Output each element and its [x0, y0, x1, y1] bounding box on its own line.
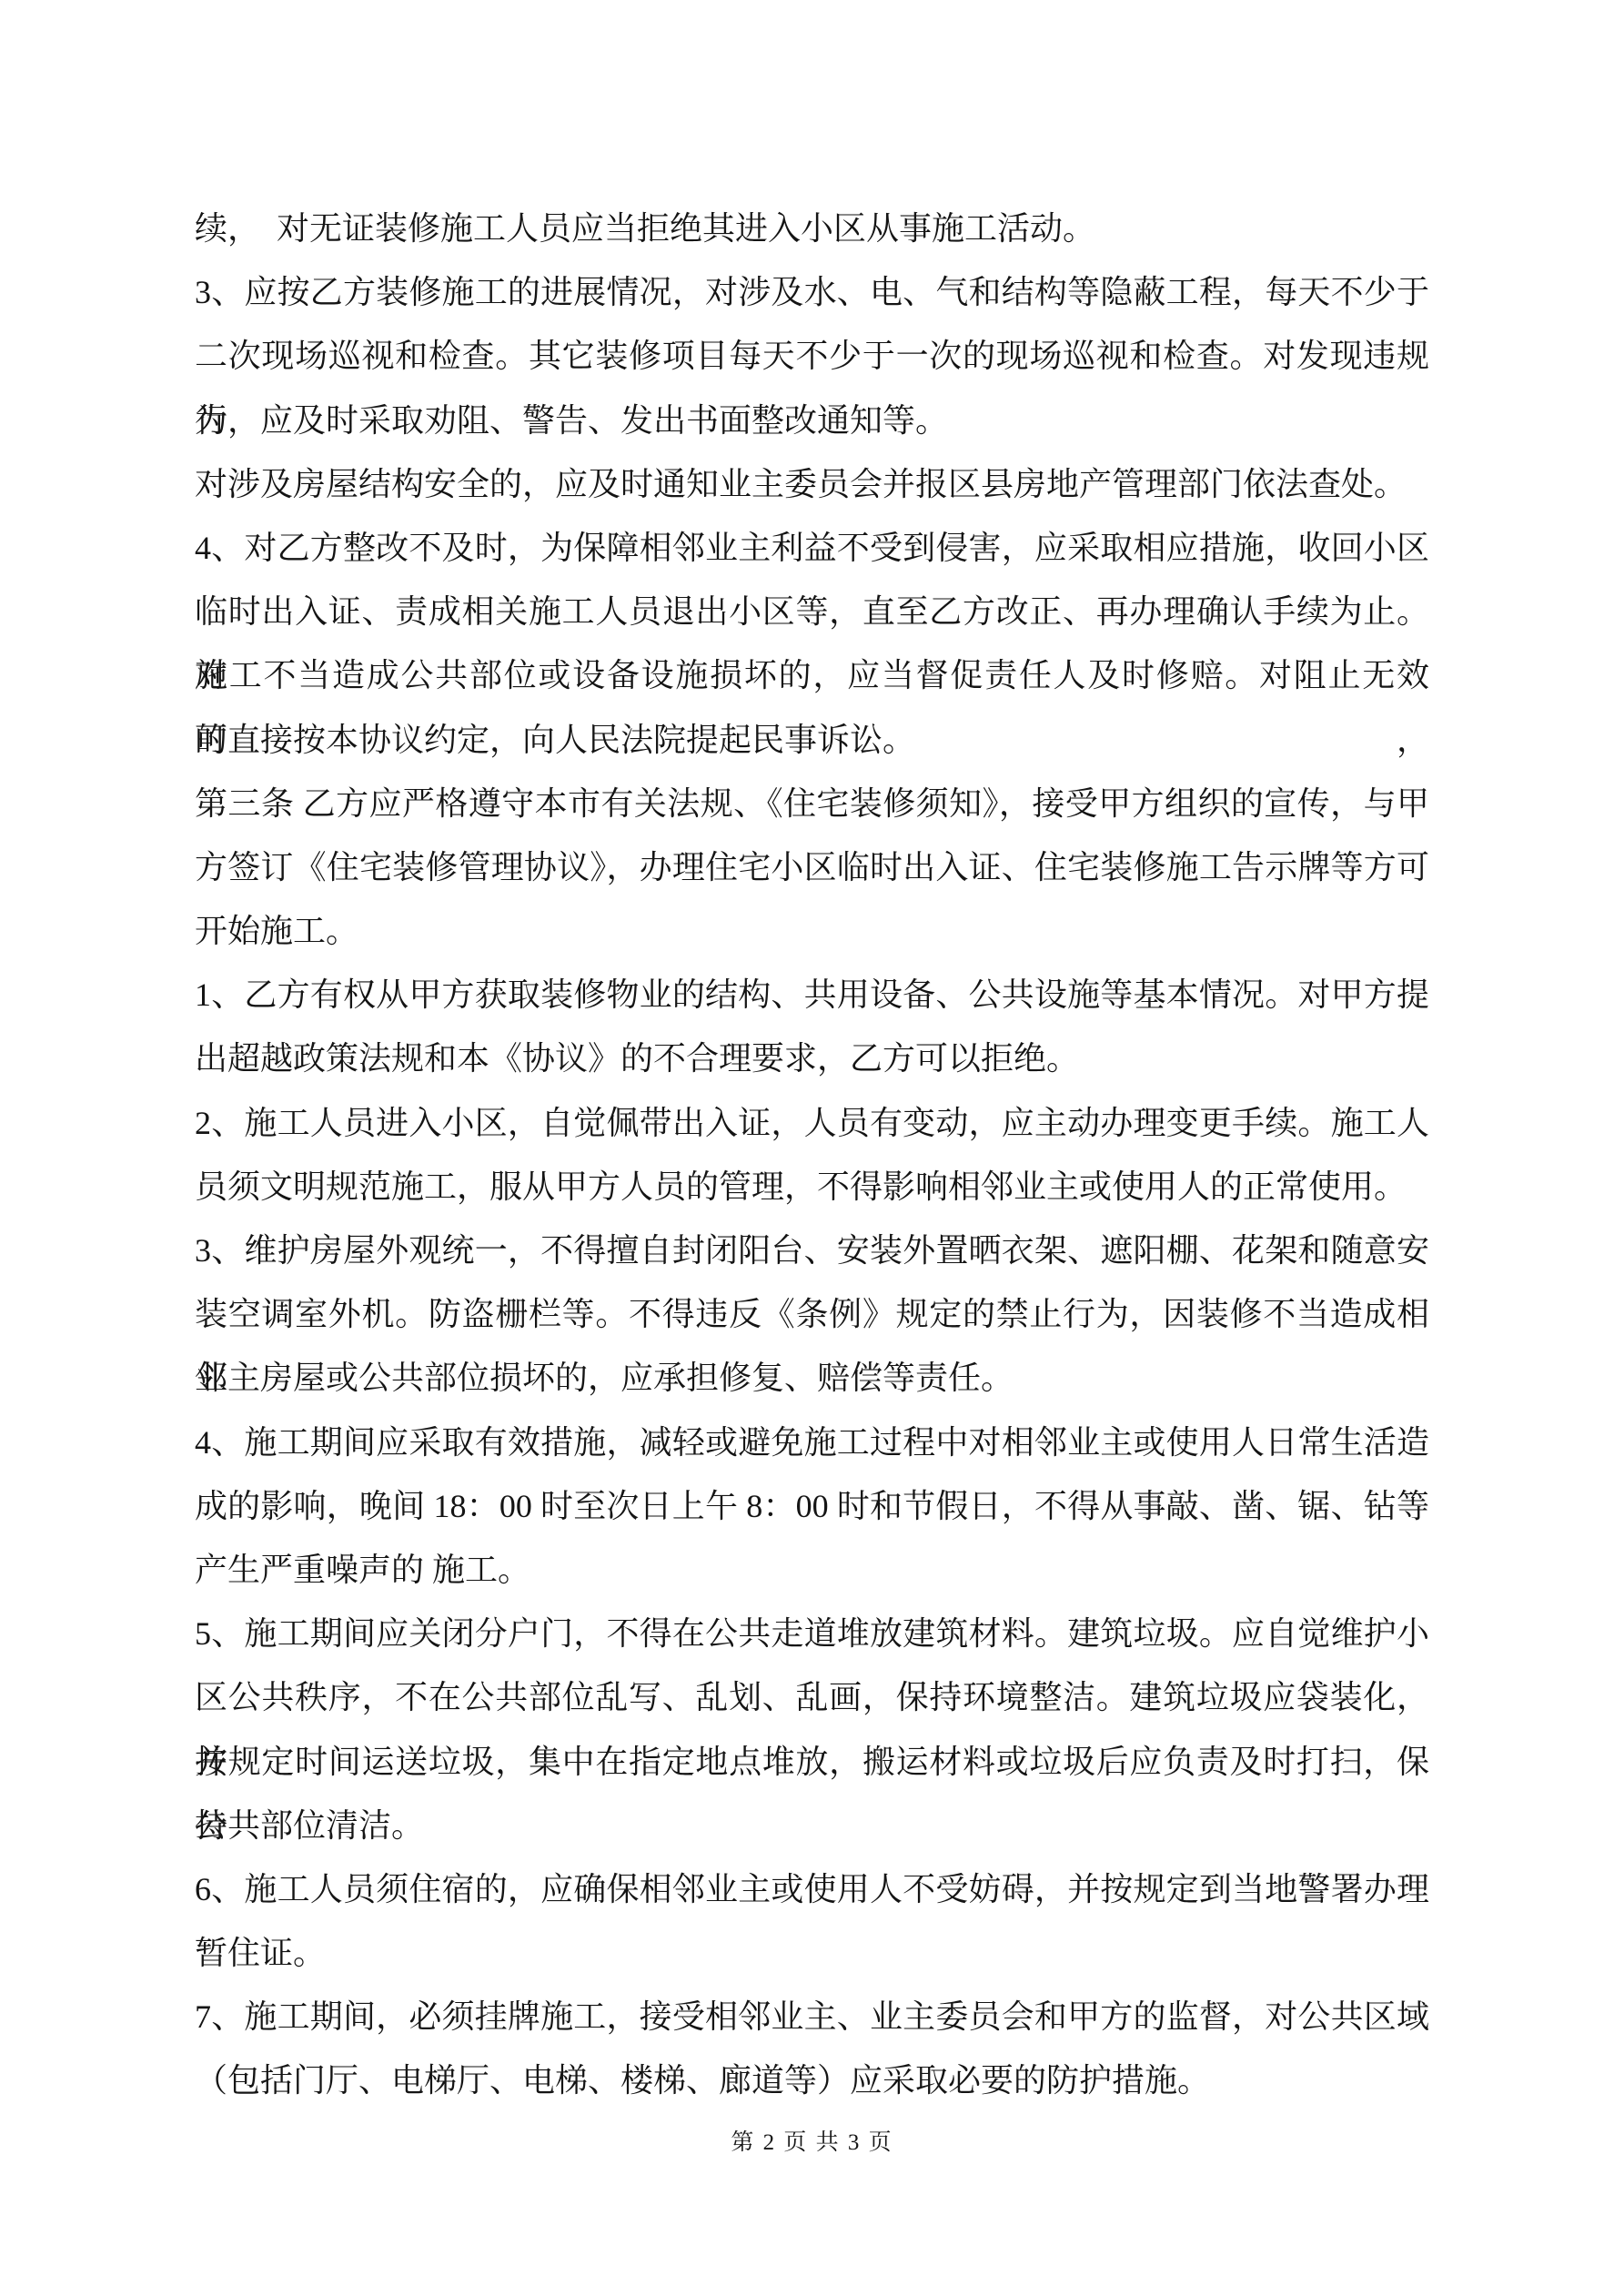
document-line: 3、维护房屋外观统一，不得擅自封闭阳台、安装外置晒衣架、遮阳棚、花架和随意安	[195, 1219, 1429, 1282]
document-page: 续， 对无证装修施工人员应当拒绝其进入小区从事施工活动。3、应按乙方装修施工的进…	[0, 0, 1624, 2296]
page-number-footer: 第 2 页 共 3 页	[0, 2127, 1624, 2159]
document-line: 5、施工期间应关闭分户门，不得在公共走道堆放建筑材料。建筑垃圾。应自觉维护小	[195, 1602, 1429, 1665]
document-line: 成的影响，晚间 18：00 时至次日上午 8：00 时和节假日，不得从事敲、凿、…	[195, 1474, 1429, 1538]
document-line: 区公共秩序，不在公共部位乱写、乱划、乱画，保持环境整洁。建筑垃圾应袋装化，并	[195, 1665, 1429, 1729]
document-line: 二次现场巡视和检查。其它装修项目每天不少于一次的现场巡视和检查。对发现违规行	[195, 324, 1429, 388]
document-line: （包括门厅、电梯厅、电梯、楼梯、廊道等）应采取必要的防护措施。	[195, 2048, 1429, 2112]
document-line: 临时出入证、责成相关施工人员退出小区等，直至乙方改正、再办理确认手续为止。对	[195, 580, 1429, 643]
document-line: 出超越政策法规和本《协议》的不合理要求，乙方可以拒绝。	[195, 1027, 1429, 1090]
document-line: 4、施工期间应采取有效措施，减轻或避免施工过程中对相邻业主或使用人日常生活造	[195, 1411, 1429, 1474]
document-line: 1、乙方有权从甲方获取装修物业的结构、共用设备、公共设施等基本情况。对甲方提	[195, 963, 1429, 1027]
document-line: 7、施工期间，必须挂牌施工，接受相邻业主、业主委员会和甲方的监督，对公共区域	[195, 1985, 1429, 2048]
document-line: 为，应及时采取劝阻、警告、发出书面整改通知等。	[195, 389, 1429, 452]
document-line: 按规定时间运送垃圾，集中在指定地点堆放，搬运材料或垃圾后应负责及时打扫，保持	[195, 1730, 1429, 1794]
document-line: 3、应按乙方装修施工的进展情况，对涉及水、电、气和结构等隐蔽工程，每天不少于	[195, 260, 1429, 324]
document-line: 产生严重噪声的 施工。	[195, 1538, 1429, 1602]
document-line: 开始施工。	[195, 899, 1429, 963]
document-line: 6、施工人员须住宿的，应确保相邻业主或使用人不受妨碍，并按规定到当地警署办理	[195, 1857, 1429, 1921]
document-line: 施工不当造成公共部位或设备设施损坏的，应当督促责任人及时修赔。对阻止无效的，	[195, 643, 1429, 707]
document-line: 暂住证。	[195, 1921, 1429, 1985]
document-line: 方签订《住宅装修管理协议》，办理住宅小区临时出入证、住宅装修施工告示牌等方可	[195, 835, 1429, 899]
document-line: 第三条 乙方应严格遵守本市有关法规、《住宅装修须知》，接受甲方组织的宣传，与甲	[195, 772, 1429, 835]
document-body: 续， 对无证装修施工人员应当拒绝其进入小区从事施工活动。3、应按乙方装修施工的进…	[195, 197, 1429, 2113]
document-line: 对涉及房屋结构安全的，应及时通知业主委员会并报区县房地产管理部门依法查处。	[195, 452, 1429, 516]
document-line: 2、施工人员进入小区，自觉佩带出入证，人员有变动，应主动办理变更手续。施工人	[195, 1091, 1429, 1155]
document-line: 装空调室外机。防盗栅栏等。不得违反《条例》规定的禁止行为，因装修不当造成相邻	[195, 1282, 1429, 1346]
document-line: 公共部位清洁。	[195, 1794, 1429, 1857]
document-line: 业主房屋或公共部位损坏的，应承担修复、赔偿等责任。	[195, 1346, 1429, 1410]
document-line: 续， 对无证装修施工人员应当拒绝其进入小区从事施工活动。	[195, 197, 1429, 260]
document-line: 4、对乙方整改不及时，为保障相邻业主利益不受到侵害，应采取相应措施，收回小区	[195, 516, 1429, 580]
document-line: 员须文明规范施工，服从甲方人员的管理，不得影响相邻业主或使用人的正常使用。	[195, 1155, 1429, 1219]
